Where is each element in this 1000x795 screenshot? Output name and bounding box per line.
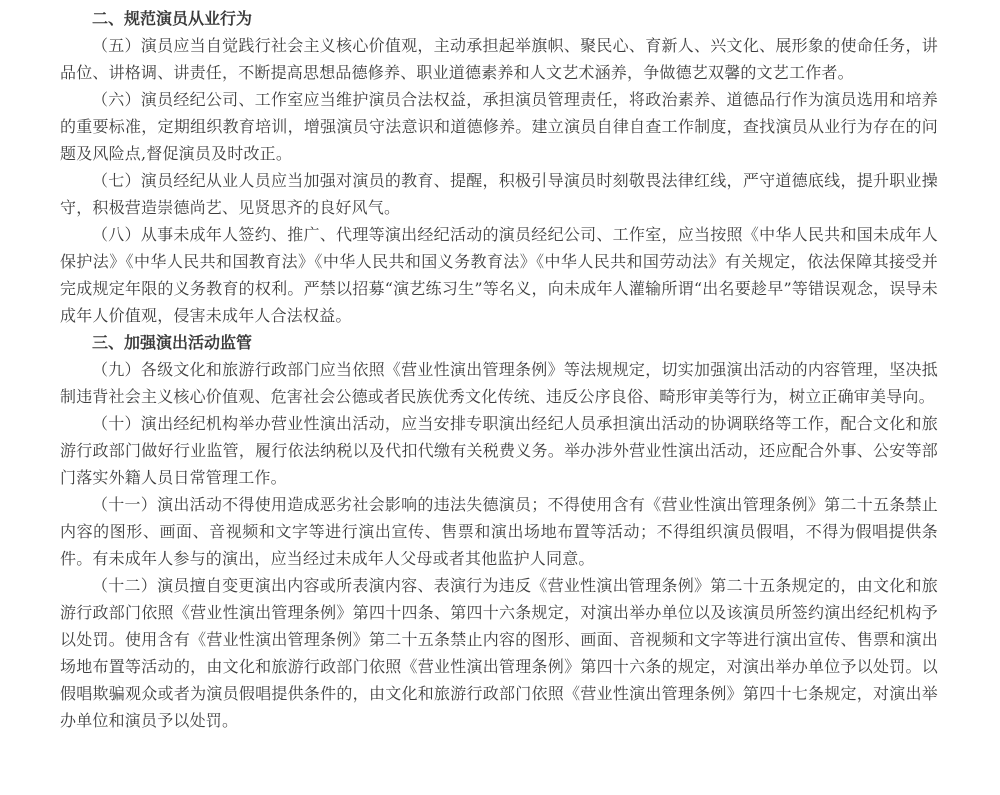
paragraph-item-7: （七）演员经纪从业人员应当加强对演员的教育、提醒，积极引导演员时刻敬畏法律红线，… <box>60 167 938 221</box>
paragraph-item-8: （八）从事未成年人签约、推广、代理等演出经纪活动的演员经纪公司、工作室，应当按照… <box>60 221 938 329</box>
document-body: 二、规范演员从业行为 （五）演员应当自觉践行社会主义核心价值观，主动承担起举旗帜… <box>60 0 938 734</box>
paragraph-item-9: （九）各级文化和旅游行政部门应当依照《营业性演出管理条例》等法规规定，切实加强演… <box>60 356 938 410</box>
section-heading-regulate-performer-conduct: 二、规范演员从业行为 <box>60 5 938 32</box>
paragraph-item-6: （六）演员经纪公司、工作室应当维护演员合法权益，承担演员管理责任，将政治素养、道… <box>60 86 938 167</box>
paragraph-item-11: （十一）演出活动不得使用造成恶劣社会影响的违法失德演员；不得使用含有《营业性演出… <box>60 491 938 572</box>
paragraph-item-10: （十）演出经纪机构举办营业性演出活动，应当安排专职演出经纪人员承担演出活动的协调… <box>60 410 938 491</box>
paragraph-item-12: （十二）演员擅自变更演出内容或所表演内容、表演行为违反《营业性演出管理条例》第二… <box>60 572 938 734</box>
section-heading-strengthen-performance-supervision: 三、加强演出活动监管 <box>60 329 938 356</box>
paragraph-item-5: （五）演员应当自觉践行社会主义核心价值观，主动承担起举旗帜、聚民心、育新人、兴文… <box>60 32 938 86</box>
